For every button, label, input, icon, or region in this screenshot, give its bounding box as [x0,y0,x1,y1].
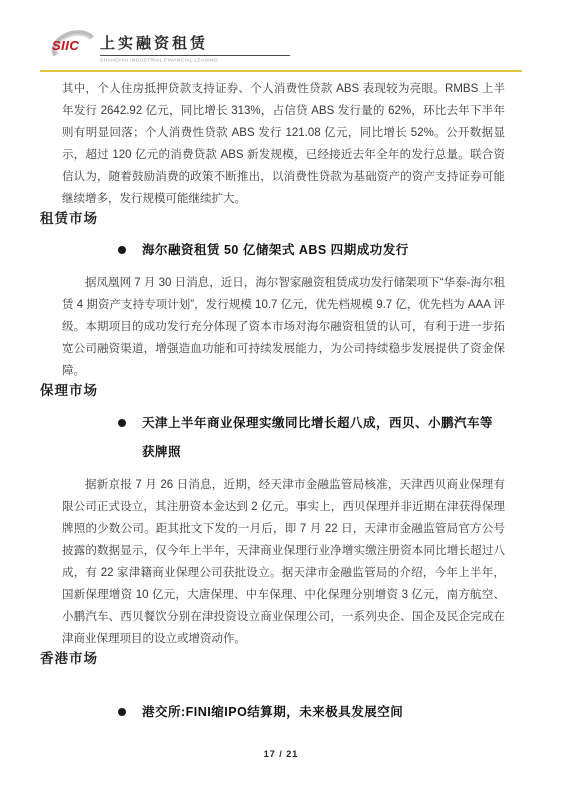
bullet-icon [118,419,126,427]
section-heading-hongkong-market: 香港市场 [40,650,505,668]
news-item-body: 据凤凰网 7 月 30 日消息，近日，海尔智家融资租赁成功发行储架项下“华泰-海… [62,272,505,382]
siic-wordmark: SIIC [52,38,79,53]
intro-paragraph: 其中，个人住房抵押贷款支持证券、个人消费性贷款 ABS 表现较为亮眼。RMBS … [62,78,505,210]
page-footer: 17 / 21 [0,744,562,762]
logo-text: 上实融资租赁 SHANGHAI INDUSTRIAL FINANCIAL LEA… [100,25,290,66]
company-name-cn: 上实融资租赁 [100,32,290,56]
bullet-icon [118,246,126,254]
page-number: 17 / 21 [264,749,299,759]
header-divider [40,70,522,72]
news-item-body: 据新京报 7 月 26 日消息，近期，经天津市金融监管局核准，天津西贝商业保理有… [62,474,505,650]
section-heading-factoring-market: 保理市场 [40,382,505,400]
company-logo: SIIC 上实融资租赁 SHANGHAI INDUSTRIAL FINANCIA… [48,25,290,66]
siic-globe-logo-icon: SIIC [48,25,96,65]
news-item: 海尔融资租赁 50 亿储架式 ABS 四期成功发行 [62,236,505,265]
news-item: 天津上半年商业保理实缴同比增长超八成，西贝、小鹏汽车等获牌照 [62,409,505,467]
news-item: 港交所:FINI缩IPO结算期，未来极具发展空间 [62,698,505,727]
bullet-icon [118,708,126,716]
report-page: SIIC 上实融资租赁 SHANGHAI INDUSTRIAL FINANCIA… [0,0,562,800]
section-heading-leasing-market: 租赁市场 [40,210,505,228]
news-item-title: 海尔融资租赁 50 亿储架式 ABS 四期成功发行 [142,236,409,265]
news-item-title: 港交所:FINI缩IPO结算期，未来极具发展空间 [142,698,403,727]
page-content: 其中，个人住房抵押贷款支持证券、个人消费性贷款 ABS 表现较为亮眼。RMBS … [62,78,505,727]
news-item-title: 天津上半年商业保理实缴同比增长超八成，西贝、小鹏汽车等获牌照 [142,409,505,467]
company-name-en: SHANGHAI INDUSTRIAL FINANCIAL LEASING [100,57,218,63]
